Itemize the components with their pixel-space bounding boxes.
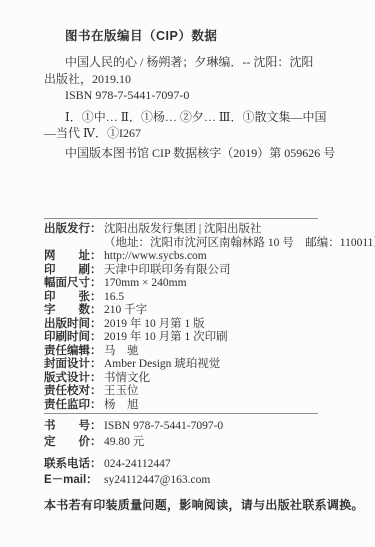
cip-record-number: 中国版本图书馆 CIP 数据核字（2019）第 059626 号: [65, 144, 335, 161]
divider-top: [44, 218, 318, 219]
row-label: 印 张：: [44, 291, 104, 305]
colophon-row-publisher: 出版发行： 沈阳出版发行集团 | 沈阳出版社: [44, 223, 344, 237]
colophon-row-editor: 责任编辑： 马 驰: [44, 345, 344, 359]
row-label: 书 号：: [44, 419, 104, 435]
bib-line-1: 中国人民的心 / 杨朔著；夕琳编．-- 沈阳：沈阳: [44, 54, 339, 71]
row-value: sy24112447@163.com: [104, 473, 344, 489]
row-label: 出版发行：: [44, 223, 104, 237]
row-value: 天津中印联印务有限公司: [104, 264, 344, 278]
isbn-line: ISBN 978-7-5441-7097-0: [44, 87, 339, 104]
colophon-row-website: 网 址： http://www.sycbs.com: [44, 250, 344, 264]
row-value: ISBN 978-7-5441-7097-0: [104, 419, 344, 435]
row-label: 网 址：: [44, 250, 104, 264]
row-value: 170mm × 240mm: [104, 277, 344, 291]
quality-notice: 本书若有印装质量问题，影响阅读，请与出版社联系调换。: [44, 496, 364, 513]
row-label: 封面设计：: [44, 358, 104, 372]
colophon-row-dimensions: 幅面尺寸： 170mm × 240mm: [44, 277, 344, 291]
classification-line-1: Ⅰ．①中… Ⅱ．①杨… ②夕… Ⅲ．①散文集—中国: [44, 110, 339, 126]
divider-bottom: [44, 413, 318, 414]
row-value: 024-24112447: [104, 457, 344, 473]
row-label: E－mail：: [44, 473, 104, 489]
colophon-row-printsupervisor: 责任监印： 杨 旭: [44, 399, 344, 413]
colophon-row-printdate: 印刷时间： 2019 年 10 月第 1 次印刷: [44, 331, 344, 345]
row-value: 沈阳出版发行集团 | 沈阳出版社: [104, 223, 344, 237]
colophon-row-layoutdesign: 版式设计： 书情文化: [44, 372, 344, 386]
colophon-row-printer: 印 刷： 天津中印联印务有限公司: [44, 264, 344, 278]
bookinfo-row-isbn: 书 号： ISBN 978-7-5441-7097-0: [44, 419, 344, 435]
row-label: [44, 237, 104, 251]
row-label: 版式设计：: [44, 372, 104, 386]
colophon-row-wordcount: 字 数： 210 千字: [44, 304, 344, 318]
row-value: （地址：沈阳市沈河区南翰林路 10 号 邮编：110011）: [104, 237, 375, 251]
row-label: 责任校对：: [44, 385, 104, 399]
row-label: 幅面尺寸：: [44, 277, 104, 291]
colophon-row-coverdesign: 封面设计： Amber Design 琥珀视觉: [44, 358, 344, 372]
row-label: 字 数：: [44, 304, 104, 318]
row-value: 杨 旭: [104, 399, 344, 413]
cip-bibliographic-block: 中国人民的心 / 杨朔著；夕琳编．-- 沈阳：沈阳 出版社，2019.10 IS…: [44, 54, 339, 104]
classification-line-2: —当代 Ⅳ．①I267: [44, 126, 339, 142]
book-info-section: 书 号： ISBN 978-7-5441-7097-0 定 价： 49.80 元: [44, 419, 344, 450]
row-label: 责任监印：: [44, 399, 104, 413]
colophon-row-sheets: 印 张： 16.5: [44, 291, 344, 305]
bib-line-2: 出版社，2019.10: [44, 71, 339, 88]
colophon-section: 出版发行： 沈阳出版发行集团 | 沈阳出版社 （地址：沈阳市沈河区南翰林路 10…: [44, 223, 344, 412]
colophon-row-pubdate: 出版时间： 2019 年 10 月第 1 版: [44, 318, 344, 332]
bookinfo-row-price: 定 价： 49.80 元: [44, 435, 344, 451]
row-label: 定 价：: [44, 435, 104, 451]
row-value: 马 驰: [104, 345, 344, 359]
row-value: Amber Design 琥珀视觉: [104, 358, 344, 372]
contact-section: 联系电话： 024-24112447 E－mail： sy24112447@16…: [44, 457, 344, 488]
copyright-page: 图书在版编目（CIP）数据 中国人民的心 / 杨朔著；夕琳编．-- 沈阳：沈阳 …: [0, 0, 375, 547]
colophon-row-address: （地址：沈阳市沈河区南翰林路 10 号 邮编：110011）: [44, 237, 344, 251]
row-label: 责任编辑：: [44, 345, 104, 359]
row-value: http://www.sycbs.com: [104, 250, 344, 264]
colophon-row-proofreader: 责任校对： 王玉位: [44, 385, 344, 399]
row-value: 49.80 元: [104, 435, 344, 451]
cip-classification-block: Ⅰ．①中… Ⅱ．①杨… ②夕… Ⅲ．①散文集—中国 —当代 Ⅳ．①I267: [44, 110, 339, 141]
row-label: 印 刷：: [44, 264, 104, 278]
row-value: 2019 年 10 月第 1 版: [104, 318, 344, 332]
row-label: 联系电话：: [44, 457, 104, 473]
row-value: 王玉位: [104, 385, 344, 399]
cip-title: 图书在版编目（CIP）数据: [65, 26, 217, 44]
row-value: 书情文化: [104, 372, 344, 386]
row-label: 出版时间：: [44, 318, 104, 332]
row-label: 印刷时间：: [44, 331, 104, 345]
row-value: 210 千字: [104, 304, 344, 318]
row-value: 16.5: [104, 291, 344, 305]
row-value: 2019 年 10 月第 1 次印刷: [104, 331, 344, 345]
contact-row-phone: 联系电话： 024-24112447: [44, 457, 344, 473]
contact-row-email: E－mail： sy24112447@163.com: [44, 473, 344, 489]
